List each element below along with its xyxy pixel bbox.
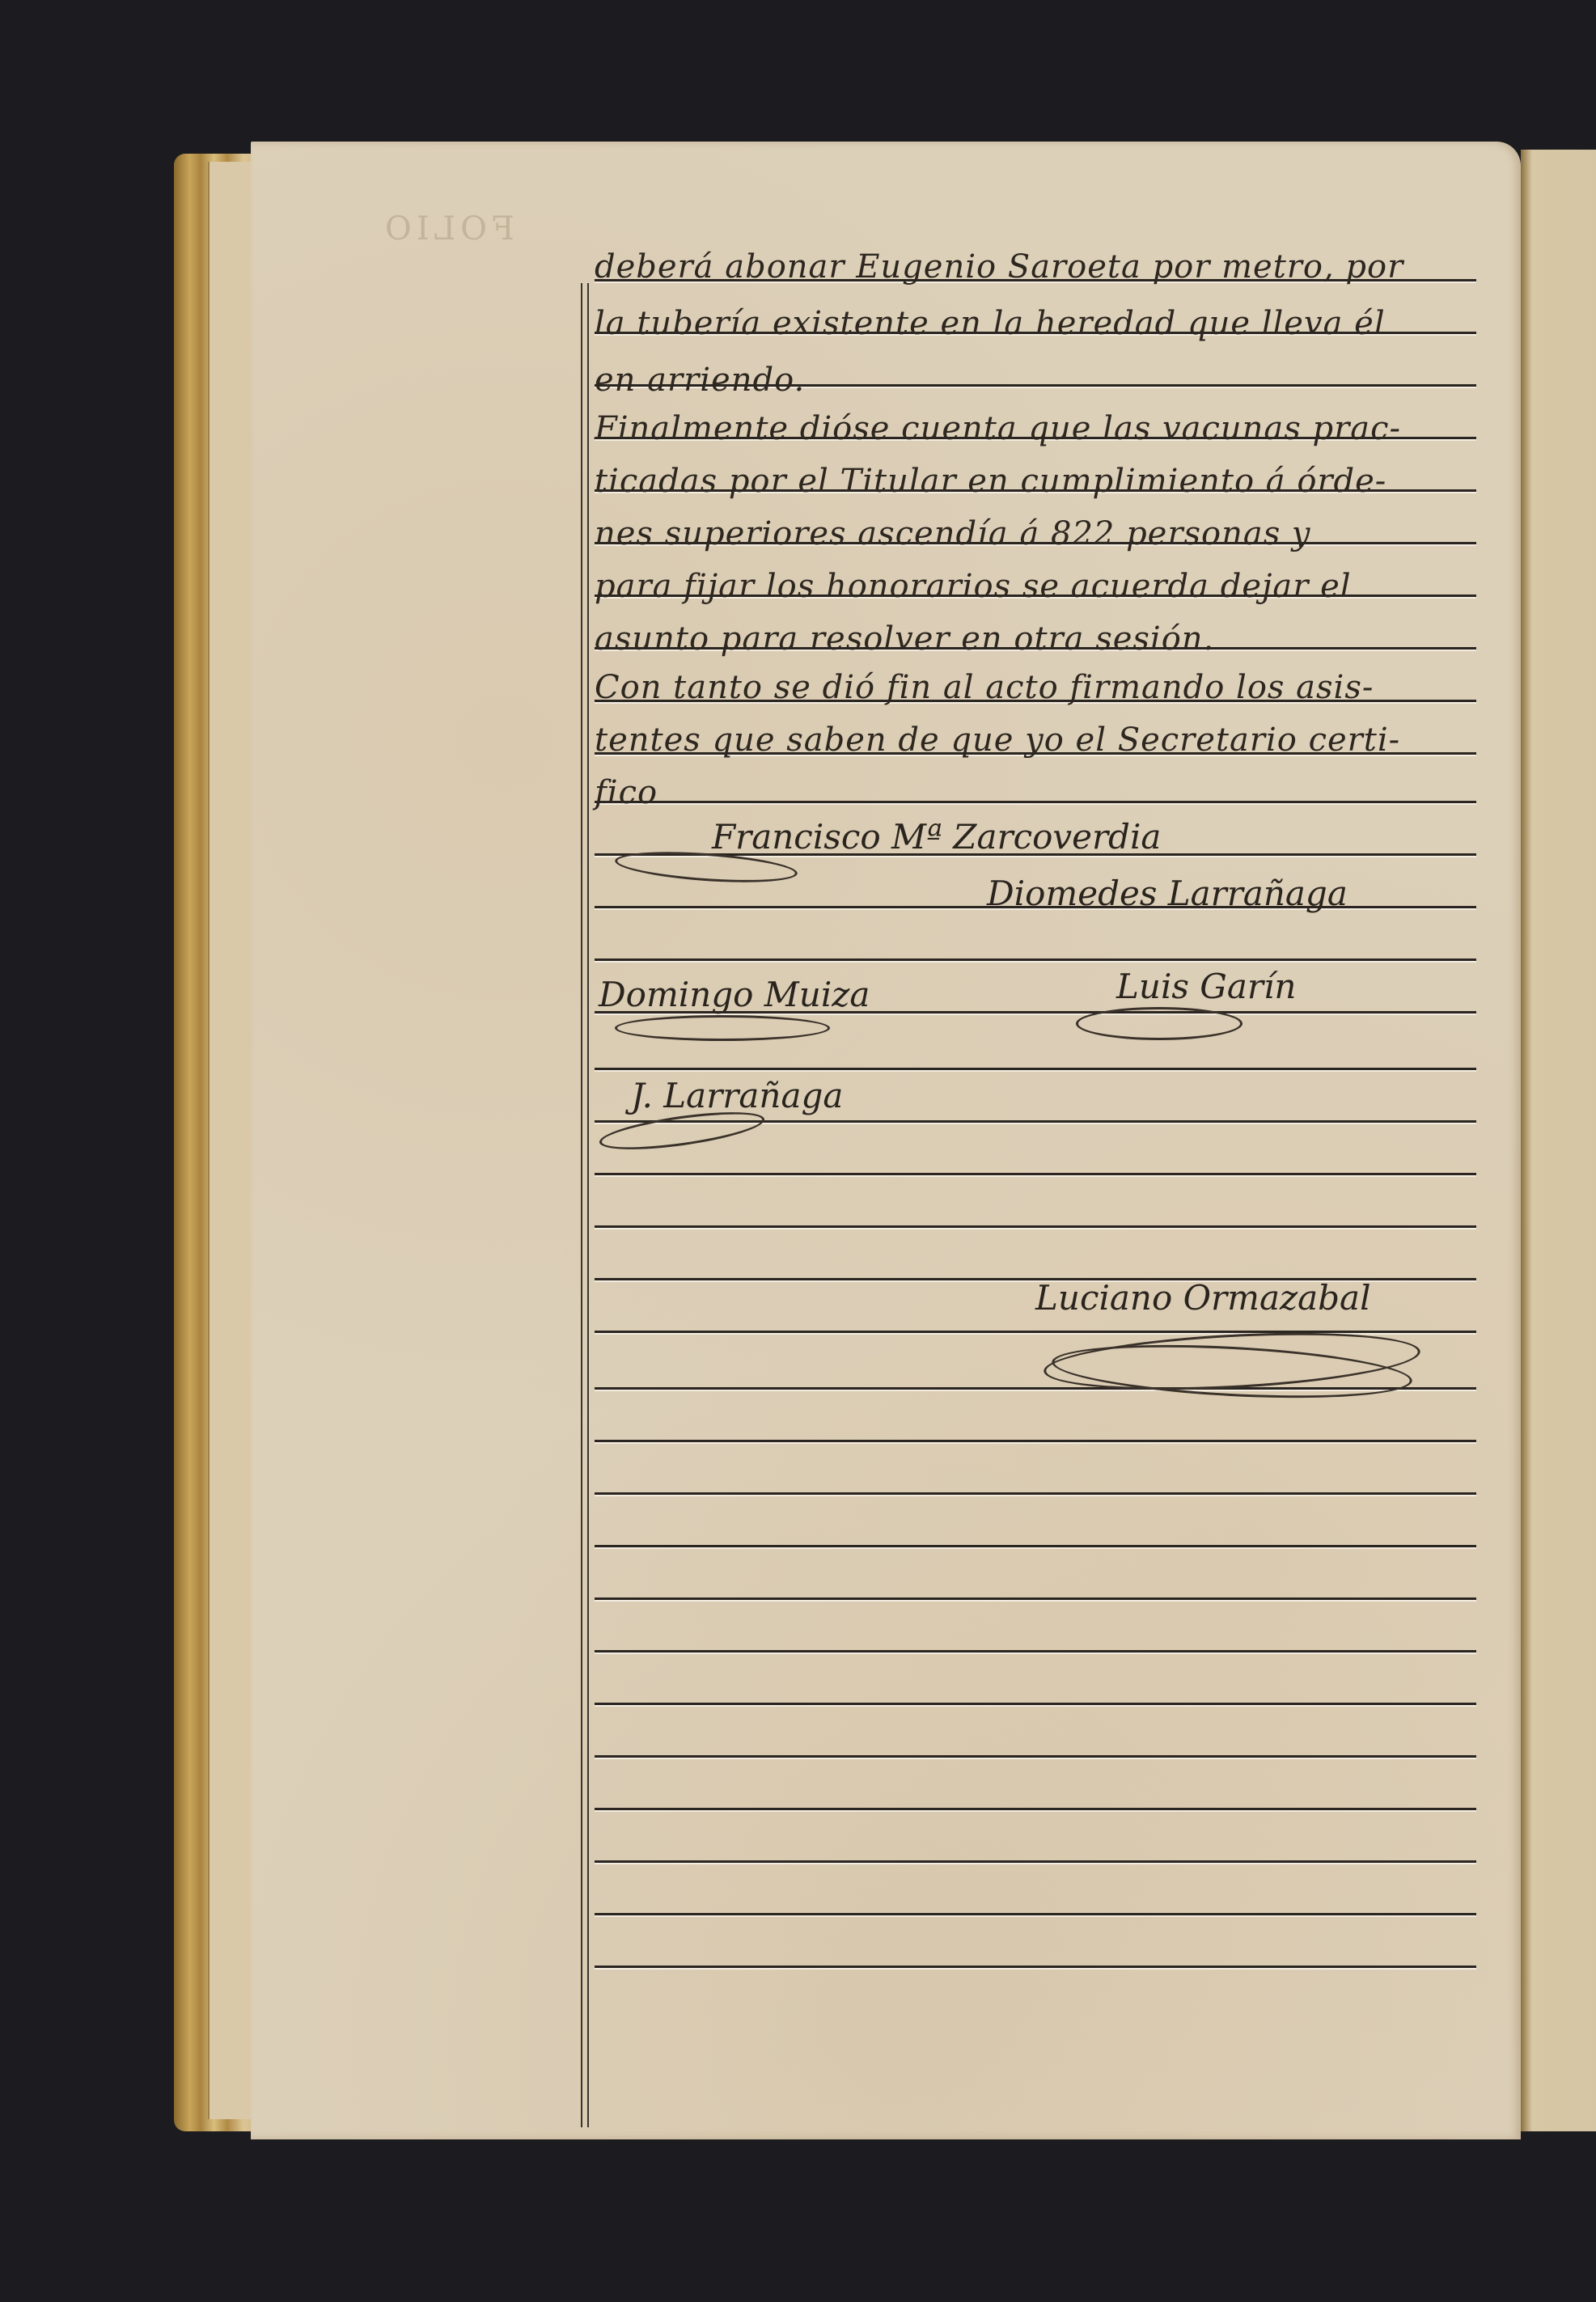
text-line: en arriendo.	[595, 360, 1484, 400]
book-page-edges-right	[1521, 150, 1596, 2131]
ruled-line	[595, 1545, 1476, 1549]
ruled-line	[595, 1703, 1476, 1707]
ruled-line	[595, 1068, 1476, 1072]
ruled-line	[595, 1225, 1476, 1229]
signature-1: Francisco Mª Zarcoverdia	[712, 817, 1161, 857]
ruled-line	[595, 1597, 1476, 1602]
ruled-line	[595, 1755, 1476, 1759]
ruled-line	[595, 1173, 1476, 1177]
ruled-line	[595, 958, 1476, 963]
signature-flourish	[615, 1015, 830, 1041]
ruled-line	[595, 1860, 1476, 1864]
bleed-through-header: FOLIO	[380, 210, 514, 248]
text-line: ticadas por el Titular en cumplimiento á…	[595, 461, 1484, 501]
text-line: nes superiores ascendía á 822 personas y	[595, 514, 1484, 554]
signature-3: Domingo Muiza	[599, 975, 870, 1014]
ruled-line	[595, 1808, 1476, 1812]
text-line: Con tanto se dió fin al acto firmando lo…	[595, 667, 1484, 708]
book-page-edges-left	[174, 154, 263, 2131]
text-line: la tubería existente en la heredad que l…	[595, 303, 1484, 344]
signature-2: Diomedes Larrañaga	[987, 874, 1348, 913]
signature-6: Luciano Ormazabal	[1035, 1278, 1371, 1318]
text-line: deberá abonar Eugenio Saroeta por metro,…	[595, 247, 1484, 287]
ruled-line	[595, 1650, 1476, 1654]
ruled-line	[595, 1966, 1476, 1970]
margin-rule	[581, 283, 589, 2127]
signature-5: J. Larrañaga	[631, 1076, 843, 1115]
text-line: tentes que saben de que yo el Secretario…	[595, 720, 1484, 760]
text-line: asunto para resolver en otra sesión.	[595, 619, 1484, 659]
text-line: fico	[595, 772, 1484, 813]
ruled-line	[595, 1913, 1476, 1917]
text-line: para fijar los honorarios se acuerda dej…	[595, 566, 1484, 607]
text-line: Finalmente dióse cuenta que las vacunas …	[595, 408, 1484, 449]
signature-4: Luis Garín	[1116, 967, 1296, 1006]
signature-flourish	[1076, 1007, 1243, 1040]
ruled-line	[595, 1492, 1476, 1496]
ruled-line	[595, 1440, 1476, 1444]
